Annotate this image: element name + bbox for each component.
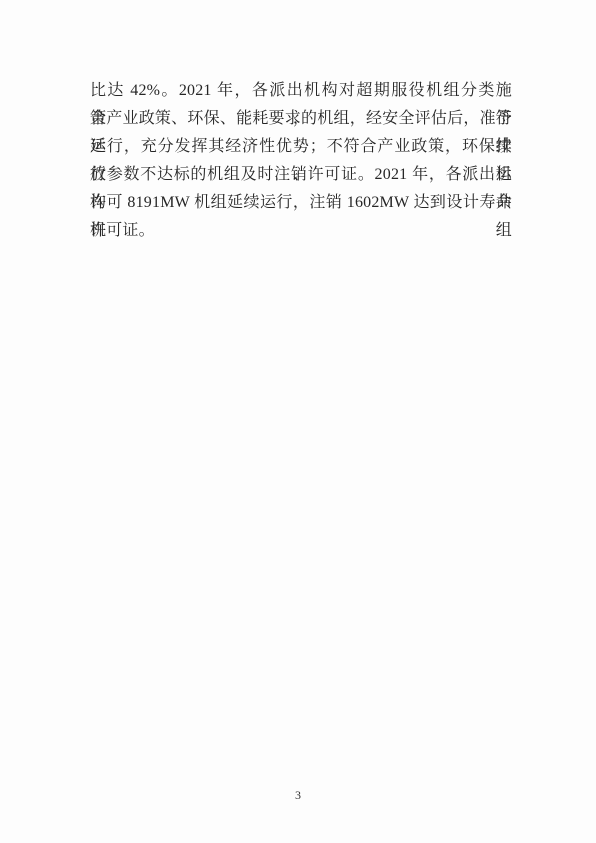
document-page: 比达 42%。2021 年，各派出机构对超期服役机组分类施策，符 合产业政策、环… bbox=[0, 0, 596, 843]
paragraph-line: 许可 8191MW 机组延续运行，注销 1602MW 达到设计寿命机组 bbox=[90, 189, 512, 217]
paragraph-line: 合产业政策、环保、能耗要求的机组，经安全评估后，准予延续 bbox=[90, 105, 512, 133]
paragraph: 比达 42%。2021 年，各派出机构对超期服役机组分类施策，符 合产业政策、环… bbox=[90, 77, 512, 245]
page-number: 3 bbox=[0, 788, 596, 802]
paragraph-line: 比达 42%。2021 年，各派出机构对超期服役机组分类施策，符 bbox=[90, 77, 512, 105]
paragraph-line: 运行，充分发挥其经济性优势；不符合产业政策，环保排放、运 bbox=[90, 133, 512, 161]
paragraph-line: 行参数不达标的机组及时注销许可证。2021 年，各派出机构共 bbox=[90, 161, 512, 189]
